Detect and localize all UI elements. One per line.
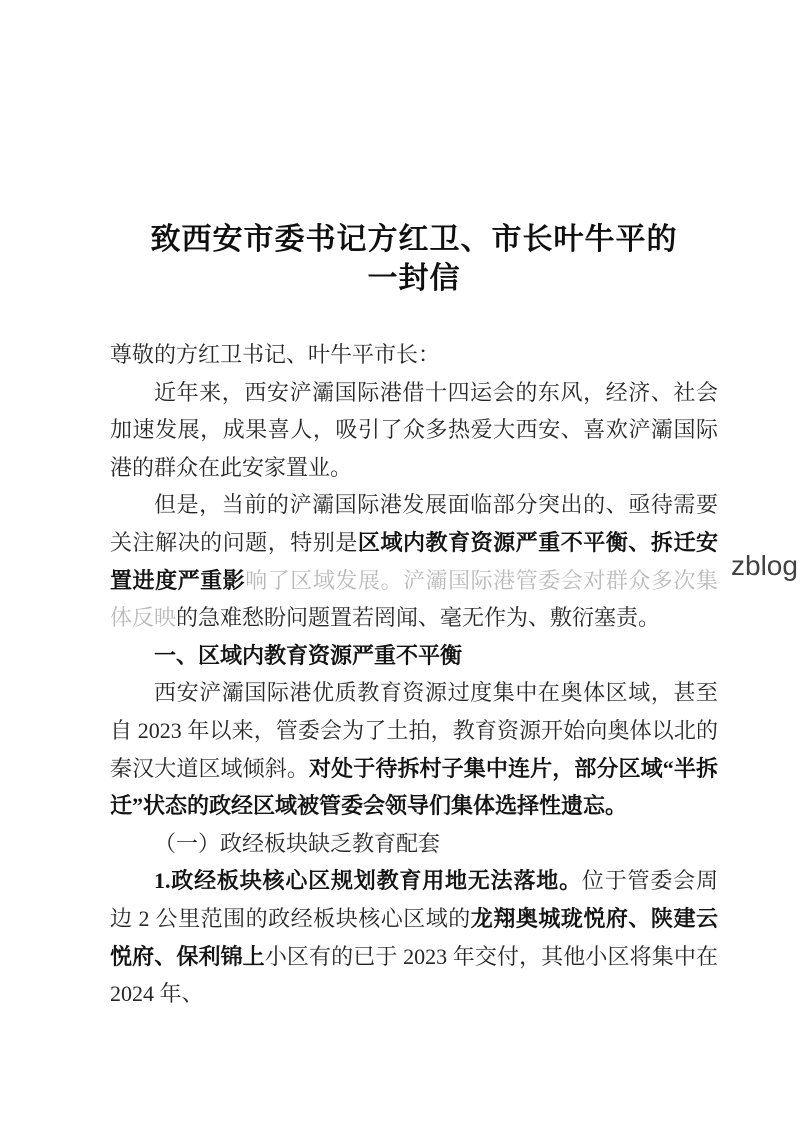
para-problems: 但是，当前的浐灞国际港发展面临部分突出的、亟待需要关注解决的问题，特别是区域内教… — [110, 486, 718, 636]
title-line-2: 一封信 — [368, 262, 461, 295]
heading-section-1: 一、区域内教育资源严重不平衡 — [110, 637, 718, 675]
letter-content: 致西安市委书记方红卫、市长叶牛平的 一封信 尊敬的方红卫书记、叶牛平市长： 近年… — [110, 220, 718, 1013]
subheading-1-1: （一）政经板块缺乏教育配套 — [110, 825, 718, 863]
salutation: 尊敬的方红卫书记、叶牛平市长： — [110, 336, 718, 374]
text-run-normal: 近年来，西安浐灞国际港借十四运会的东风，经济、社会加速发展，成果喜人，吸引了众多… — [110, 380, 718, 480]
text-run-bold: 1.政经板块核心区规划教育用地无法落地。 — [154, 868, 582, 893]
letter-paragraphs: 近年来，西安浐灞国际港借十四运会的东风，经济、社会加速发展，成果喜人，吸引了众多… — [110, 374, 718, 1013]
document-page: 致西安市委书记方红卫、市长叶牛平的 一封信 尊敬的方红卫书记、叶牛平市长： 近年… — [0, 0, 800, 1131]
para-resource-tilt: 西安浐灞国际港优质教育资源过度集中在奥体区域，甚至自 2023 年以来，管委会为… — [110, 674, 718, 824]
letter-body: 尊敬的方红卫书记、叶牛平市长： 近年来，西安浐灞国际港借十四运会的东风，经济、社… — [110, 336, 718, 1013]
text-run-kai: （一）政经板块缺乏教育配套 — [154, 831, 440, 856]
para-zhengjing-core: 1.政经板块核心区规划教育用地无法落地。位于管委会周边 2 公里范围的政经板块核… — [110, 862, 718, 1012]
watermark-text: zblog — [731, 552, 798, 580]
title-line-1: 致西安市委书记方红卫、市长叶牛平的 — [151, 223, 678, 256]
text-run-bold: 一、区域内教育资源严重不平衡 — [154, 643, 462, 668]
text-run-normal: 的急难愁盼问题置若罔闻、毫无作为、敷衍塞责。 — [176, 605, 660, 630]
document-title: 致西安市委书记方红卫、市长叶牛平的 一封信 — [110, 220, 718, 298]
para-opening: 近年来，西安浐灞国际港借十四运会的东风，经济、社会加速发展，成果喜人，吸引了众多… — [110, 374, 718, 487]
